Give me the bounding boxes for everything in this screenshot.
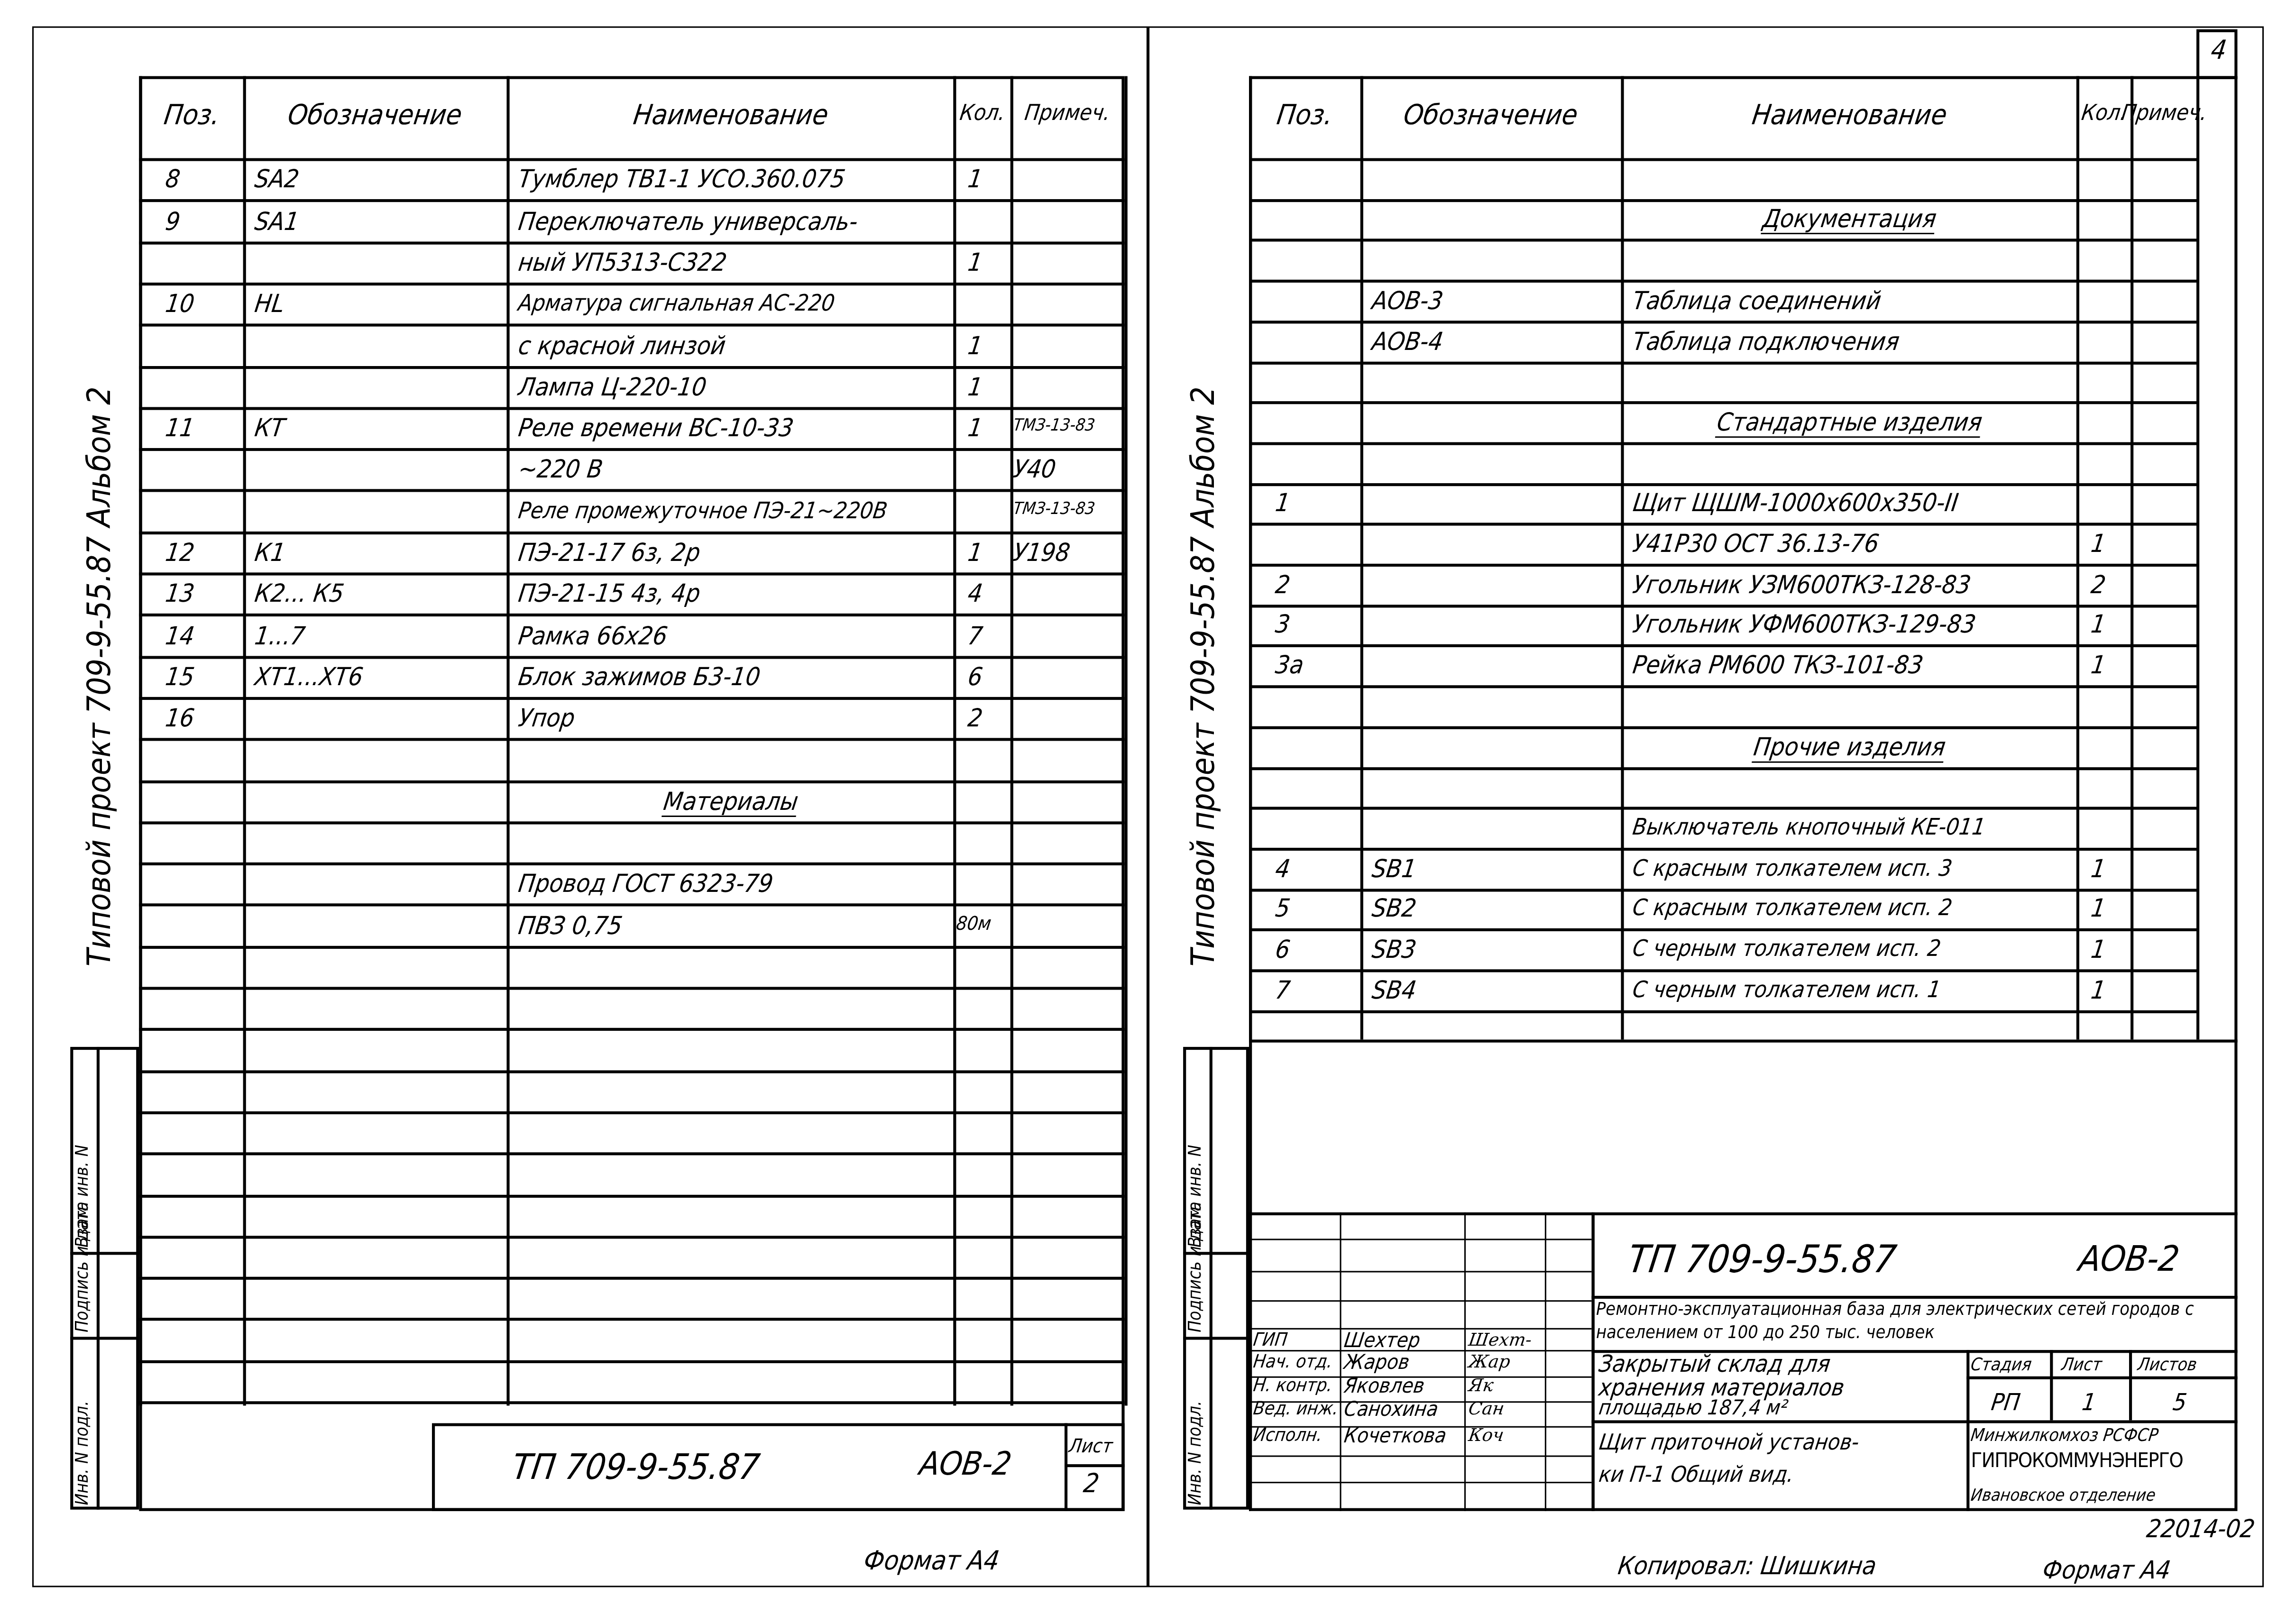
cell-name: Арматура сигнальная АС-220 xyxy=(517,293,836,316)
signature-role: Нач. отд. xyxy=(1252,1353,1334,1371)
table-row-line xyxy=(139,1318,1124,1321)
right-stamp-label-inv-original: Инв. N подл. xyxy=(1186,1401,1203,1505)
tb-object-title-line-1: Закрытый склад для xyxy=(1598,1353,1832,1376)
left-format-label: Формат А4 xyxy=(862,1549,1001,1576)
tb-grid-col xyxy=(1545,1212,1546,1511)
table-row-line xyxy=(139,1277,1124,1280)
cell-qty: 7 xyxy=(966,624,983,649)
table-row xyxy=(139,945,1124,987)
cell-code: 1...7 xyxy=(253,624,306,649)
copied-by: Копировал: Шишкина xyxy=(1616,1555,1878,1579)
cell-name: Выключатель кнопочный КЕ-011 xyxy=(1631,817,1987,840)
table-row xyxy=(139,1194,1124,1235)
cell-code: SB1 xyxy=(1370,857,1418,882)
signature-name: Кочеткова xyxy=(1343,1426,1448,1447)
left-title-sheet-sep xyxy=(1065,1464,1125,1467)
table-row xyxy=(139,1111,1124,1152)
table-row-line xyxy=(139,1360,1124,1363)
tb-org-line-3: Ивановское отделение xyxy=(1970,1487,2157,1505)
cell-name: Реле времени ВС-10-33 xyxy=(516,417,795,442)
tb-grid-row xyxy=(1249,1455,1592,1457)
column-header: Кол. xyxy=(958,102,1006,124)
table-row xyxy=(139,821,1124,862)
tb-stage-header-sep xyxy=(1966,1376,2237,1379)
cell-name: Тумблер ТВ1-1 УСО.360.075 xyxy=(516,169,846,193)
table-row xyxy=(1249,442,2196,482)
signature-mark: Коч xyxy=(1468,1426,1505,1444)
right-stamp-divider xyxy=(1210,1047,1212,1510)
signature-mark: Жар xyxy=(1468,1353,1512,1370)
cell-name: ПВЗ 0,75 xyxy=(516,915,624,939)
left-stamp-label-signature-date: Подпись и дата xyxy=(73,1202,91,1332)
tb-stage-label: Стадия xyxy=(1970,1356,2033,1373)
cell-code: SB4 xyxy=(1370,979,1418,1004)
cell-note: ТМЗ-13-83 xyxy=(1012,417,1096,434)
tb-project-title: Ремонтно-эксплуатационная база для элект… xyxy=(1596,1297,2232,1344)
cell-name: Таблица соединений xyxy=(1631,290,1883,314)
cell-note: ТМЗ-13-83 xyxy=(1012,500,1096,517)
table-row xyxy=(139,987,1124,1028)
cell-code: SB3 xyxy=(1370,938,1418,963)
cell-name: ПЭ-21-15 4з, 4р xyxy=(516,583,701,608)
tb-sheet-label: Лист xyxy=(2060,1356,2103,1373)
right-side-label: Типовой проект 709-9-55.87 Альбом 2 xyxy=(1189,386,1221,966)
tb-grid-col xyxy=(1464,1212,1466,1511)
drawing-sheet-spread: Типовой проект 709-9-55.87 Альбом 2 Поз.… xyxy=(0,0,2296,1624)
tb-grid-row xyxy=(1249,1300,1592,1302)
cell-name: С черным толкателем исп. 2 xyxy=(1631,938,1942,961)
signature-name: Жаров xyxy=(1343,1353,1411,1373)
cell-name: Упор xyxy=(516,707,576,732)
table-row xyxy=(1249,685,2196,725)
left-side-label: Типовой проект 709-9-55.87 Альбом 2 xyxy=(85,386,117,966)
table-bottom-line xyxy=(1249,1039,2237,1042)
cell-pos: 13 xyxy=(164,583,195,608)
cell-pos: 3а xyxy=(1274,655,1305,679)
right-stamp-sep-2 xyxy=(1183,1337,1249,1340)
tb-stage-divider xyxy=(1966,1350,1969,1511)
table-column-line xyxy=(1125,76,1128,1406)
signature-name: Яковлев xyxy=(1343,1376,1426,1397)
table-row xyxy=(139,1070,1124,1111)
signature-role: Вед. инж. xyxy=(1252,1400,1340,1418)
right-format-label: Формат А4 xyxy=(2041,1560,2172,1584)
left-title-sheet-label: Лист xyxy=(1067,1438,1113,1457)
cell-code: HL xyxy=(253,293,286,318)
cell-qty: 80м xyxy=(955,915,992,934)
tb-main-divider xyxy=(1592,1212,1595,1511)
tb-grid-row xyxy=(1249,1239,1592,1240)
cell-pos: 7 xyxy=(1274,979,1291,1004)
tb-top-line xyxy=(1249,1212,2237,1215)
cell-name: Лампа Ц-220-10 xyxy=(516,376,707,401)
cell-name: Стандартные изделия xyxy=(1715,411,1983,436)
cell-code: SA2 xyxy=(253,169,301,193)
cell-name: Угольник УЗМ600ТКЗ-128-83 xyxy=(1631,574,1972,598)
cell-name: Переключатель универсаль- xyxy=(516,210,859,235)
cell-name: Рамка 66х26 xyxy=(516,624,669,649)
tb-sheets-label: Листов xyxy=(2137,1356,2198,1373)
tb-object-sep xyxy=(1592,1420,2238,1423)
table-row-line xyxy=(139,1401,1124,1404)
tb-stage-col2 xyxy=(2050,1350,2053,1420)
cell-code: АОВ-4 xyxy=(1370,330,1444,355)
archive-number: 22014-02 xyxy=(2145,1518,2256,1543)
tb-doc: АОВ-2 xyxy=(2077,1242,2182,1277)
left-stamp-label-inv-original: Инв. N подл. xyxy=(73,1401,91,1505)
cell-name: С красным толкателем исп. 2 xyxy=(1631,898,1954,921)
cell-pos: 10 xyxy=(164,293,195,318)
table-row xyxy=(139,738,1124,780)
left-title-doc: АОВ-2 xyxy=(917,1450,1013,1482)
cell-name: С красным толкателем исп. 3 xyxy=(1631,857,1954,880)
tb-org-line-2: ГИПРОКОММУНЭНЕРГО xyxy=(1971,1450,2183,1473)
right-stamp-label-signature-date: Подпись и дата xyxy=(1186,1202,1203,1332)
signature-role: Н. контр. xyxy=(1252,1376,1334,1395)
cell-name: Прочие изделия xyxy=(1751,736,1946,761)
cell-name: с красной линзой xyxy=(516,335,727,359)
table-row xyxy=(1249,361,2196,401)
tb-code: ТП 709-9-55.87 xyxy=(1626,1242,1898,1280)
cell-code: SA1 xyxy=(253,210,301,235)
tb-org-line-1: Минжилкомхоз РСФСР xyxy=(1970,1426,2159,1444)
table-row xyxy=(139,780,1124,821)
tb-object-title-line-3: площадью 187,4 м² xyxy=(1598,1398,1789,1419)
cell-name: Документация xyxy=(1760,209,1937,233)
tb-object-title-line-2: хранения материалов xyxy=(1598,1376,1846,1400)
cell-name: Провод ГОСТ 6323-79 xyxy=(516,873,774,898)
table-row xyxy=(1249,767,2196,807)
tb-drawing-title-line-1: Щит приточной установ- xyxy=(1598,1432,1861,1454)
signature-role: ГИП xyxy=(1252,1331,1289,1349)
cell-name: Щит ЩШМ-1000х600х350-II xyxy=(1631,492,1959,517)
column-header: Поз. xyxy=(161,102,220,130)
cell-name: ный УП5313-С322 xyxy=(516,252,728,276)
cell-code: ХТ1...ХТ6 xyxy=(253,666,365,691)
tb-stage-value: РП xyxy=(1990,1391,2021,1414)
cell-name: ~220 В xyxy=(516,459,604,484)
tb-grid-col xyxy=(1249,1212,1250,1511)
cell-pos: 11 xyxy=(164,417,195,442)
left-stamp-sep-2 xyxy=(70,1337,139,1340)
column-header: Обозначение xyxy=(1402,102,1580,130)
column-header: Наименование xyxy=(631,102,829,130)
table-row xyxy=(139,1028,1124,1070)
signature-mark: Шехт- xyxy=(1468,1331,1533,1349)
column-header: Обозначение xyxy=(286,102,464,130)
cell-name: Блок зажимов Б3-10 xyxy=(516,666,762,691)
cell-name: С черным толкателем исп. 1 xyxy=(1631,979,1942,1002)
table-row xyxy=(139,1153,1124,1194)
cell-pos: 15 xyxy=(164,666,195,691)
cell-note: У198 xyxy=(1011,542,1071,567)
cell-code: К1 xyxy=(253,542,287,567)
signature-mark: Сан xyxy=(1468,1400,1506,1417)
cell-name: Материалы xyxy=(661,790,799,815)
cell-pos: 16 xyxy=(164,707,195,732)
column-header: Примеч. xyxy=(2119,102,2207,124)
column-header: Наименование xyxy=(1749,102,1947,130)
cell-code: К2... К5 xyxy=(253,583,346,608)
signature-name: Санохина xyxy=(1343,1400,1440,1420)
cell-code: АОВ-3 xyxy=(1370,290,1444,314)
cell-pos: 6 xyxy=(1274,938,1291,963)
cell-name: ПЭ-21-17 6з, 2р xyxy=(516,542,701,567)
cell-note: У40 xyxy=(1011,459,1057,484)
column-header: Поз. xyxy=(1275,102,1334,130)
tb-grid-col xyxy=(1340,1212,1341,1511)
signature-mark: Як xyxy=(1468,1376,1495,1394)
cell-code: SB2 xyxy=(1370,898,1418,923)
signature-name: Шехтер xyxy=(1343,1331,1422,1351)
table-row xyxy=(139,1236,1124,1277)
table-row xyxy=(1249,239,2196,280)
table-column-line xyxy=(2196,76,2199,1040)
cell-code: КТ xyxy=(253,417,286,442)
table-row xyxy=(1249,158,2196,199)
column-header: Примеч. xyxy=(1023,102,1111,124)
table-row xyxy=(139,448,1124,489)
cell-name: Угольник УФМ600ТКЗ-129-83 xyxy=(1631,614,1977,639)
table-row xyxy=(1249,199,2196,239)
cell-name: У41Р30 ОСТ 36.13-76 xyxy=(1631,533,1880,558)
cell-name: Таблица подключения xyxy=(1631,330,1901,355)
tb-stage-col3 xyxy=(2129,1350,2132,1420)
cell-pos: 12 xyxy=(164,542,195,567)
cell-pos: 8 xyxy=(164,169,181,193)
left-title-code: ТП 709-9-55.87 xyxy=(510,1450,762,1485)
table-row-line xyxy=(1249,1010,2196,1013)
left-stamp-divider xyxy=(97,1047,100,1510)
tb-grid-row xyxy=(1249,1271,1592,1272)
cell-pos: 14 xyxy=(164,624,195,649)
tb-grid-row xyxy=(1249,1482,1592,1483)
cell-name: Рейка РМ600 ТКЗ-101-83 xyxy=(1631,655,1924,679)
tb-drawing-title-line-2: ки П-1 Общий вид. xyxy=(1598,1464,1795,1486)
cell-name: Реле промежуточное ПЭ-21~220В xyxy=(517,500,889,523)
table-row xyxy=(1249,726,2196,766)
signature-role: Исполн. xyxy=(1252,1426,1323,1445)
cell-qty: 6 xyxy=(966,666,983,691)
